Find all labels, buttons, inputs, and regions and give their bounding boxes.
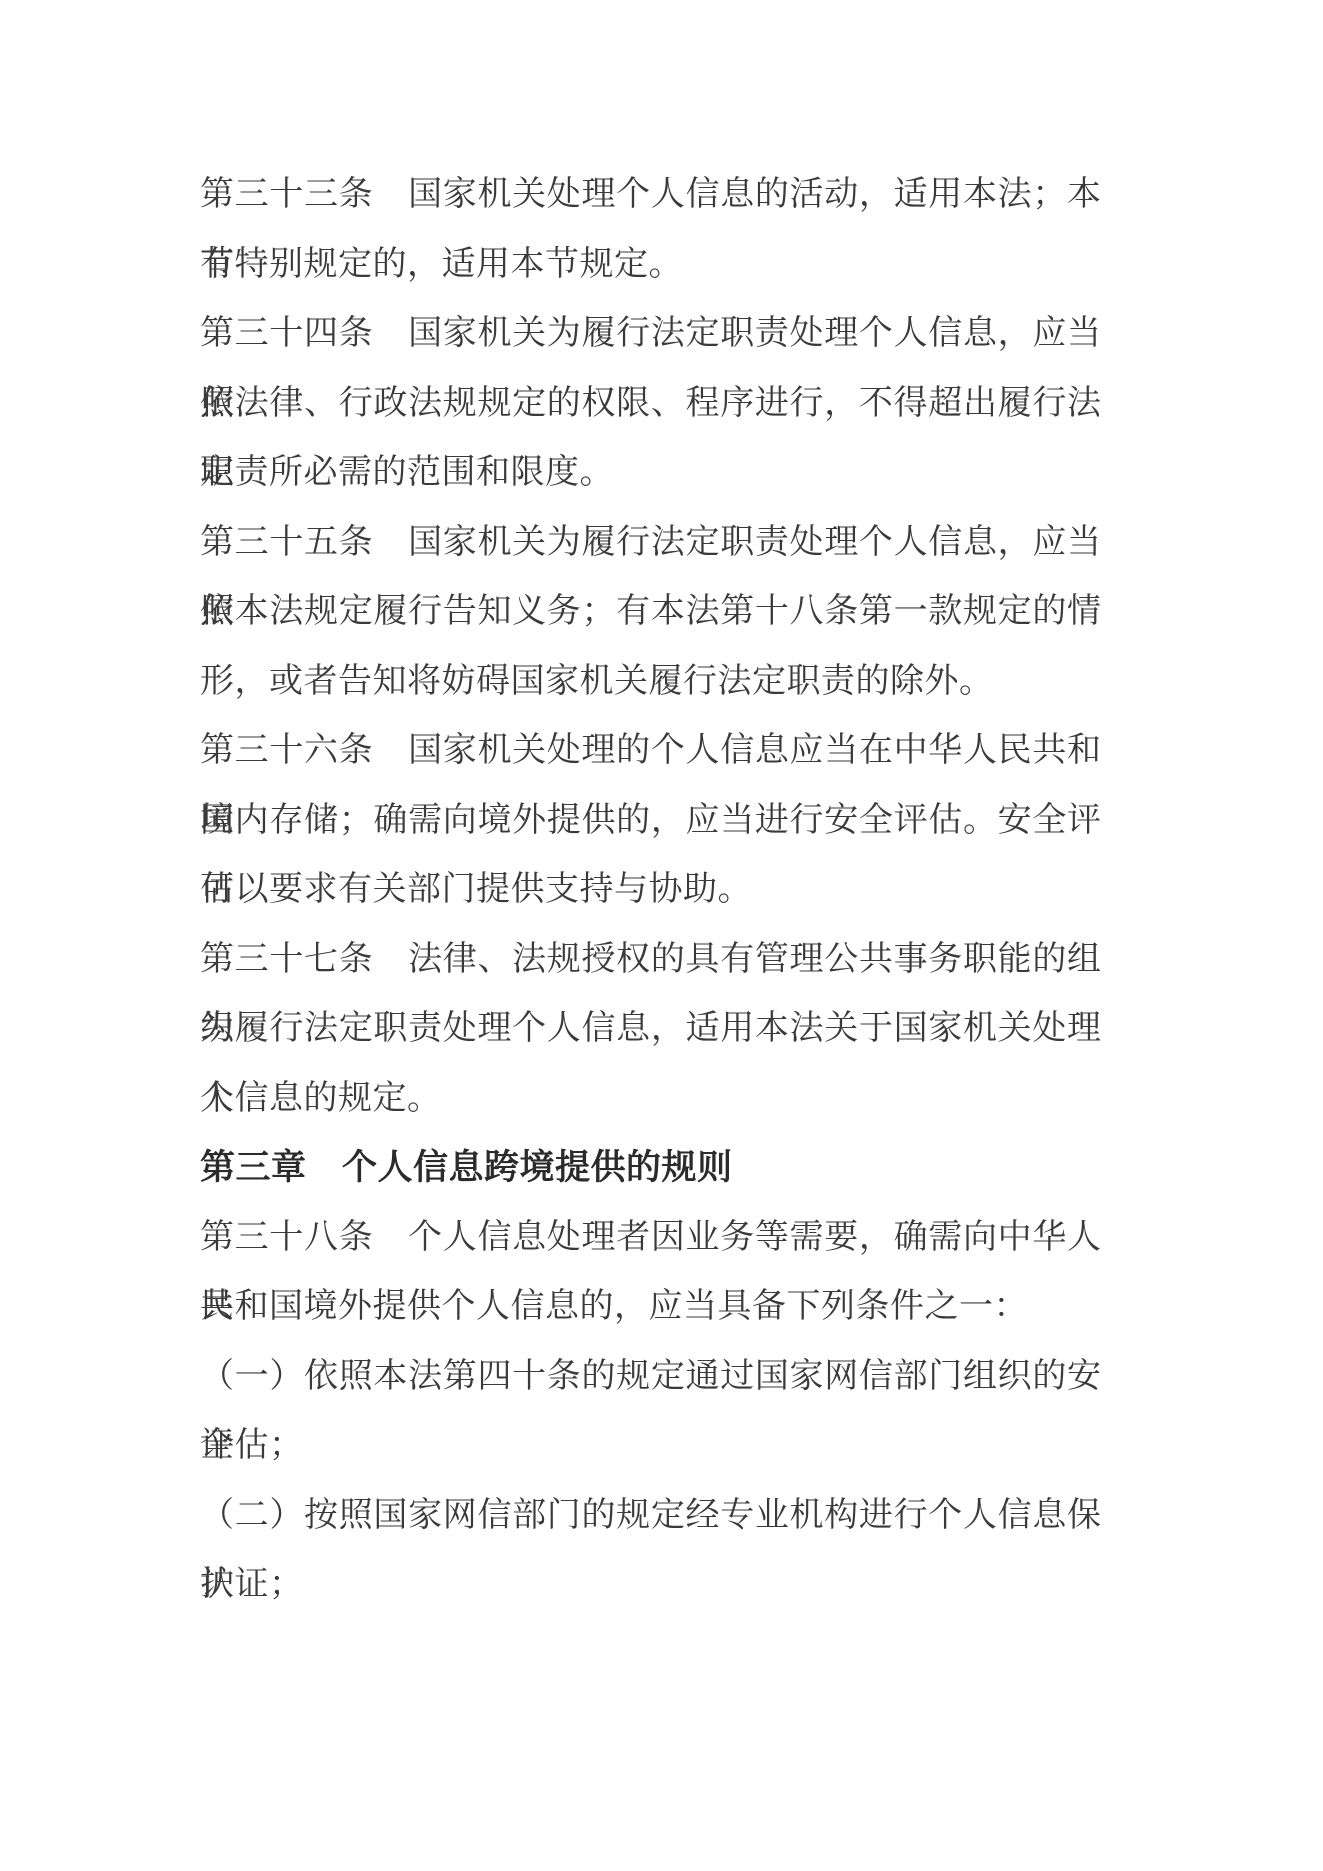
text-line: 照法律、行政法规规定的权限、程序进行，不得超出履行法定 bbox=[200, 369, 1101, 439]
text-line: 职责所必需的范围和限度。 bbox=[200, 438, 1101, 508]
text-line: 第三十八条 个人信息处理者因业务等需要，确需向中华人民 bbox=[200, 1203, 1101, 1273]
document-text-block: 第三十三条 国家机关处理个人信息的活动，适用本法；本节有特别规定的，适用本节规定… bbox=[200, 160, 1101, 1620]
text-line: 可以要求有关部门提供支持与协助。 bbox=[200, 855, 1101, 925]
text-line: 为履行法定职责处理个人信息，适用本法关于国家机关处理个 bbox=[200, 994, 1101, 1064]
text-line: （一）依照本法第四十条的规定通过国家网信部门组织的安全 bbox=[200, 1342, 1101, 1412]
chapter-heading: 第三章 个人信息跨境提供的规则 bbox=[200, 1133, 1101, 1203]
text-line: 第三十六条 国家机关处理的个人信息应当在中华人民共和国 bbox=[200, 716, 1101, 786]
text-line: 共和国境外提供个人信息的，应当具备下列条件之一： bbox=[200, 1272, 1101, 1342]
text-line: 照本法规定履行告知义务；有本法第十八条第一款规定的情 bbox=[200, 577, 1101, 647]
text-line: 境内存储；确需向境外提供的，应当进行安全评估。安全评估 bbox=[200, 786, 1101, 856]
text-line: 有特别规定的，适用本节规定。 bbox=[200, 230, 1101, 300]
text-line: 形，或者告知将妨碍国家机关履行法定职责的除外。 bbox=[200, 647, 1101, 717]
text-line: 认证； bbox=[200, 1550, 1101, 1620]
text-line: 第三十七条 法律、法规授权的具有管理公共事务职能的组织 bbox=[200, 925, 1101, 995]
document-page: 第三十三条 国家机关处理个人信息的活动，适用本法；本节有特别规定的，适用本节规定… bbox=[0, 0, 1323, 1871]
text-line: 人信息的规定。 bbox=[200, 1064, 1101, 1134]
text-line: 评估； bbox=[200, 1411, 1101, 1481]
text-line: 第三十四条 国家机关为履行法定职责处理个人信息，应当依 bbox=[200, 299, 1101, 369]
text-line: 第三十三条 国家机关处理个人信息的活动，适用本法；本节 bbox=[200, 160, 1101, 230]
text-line: （二）按照国家网信部门的规定经专业机构进行个人信息保护 bbox=[200, 1481, 1101, 1551]
text-line: 第三十五条 国家机关为履行法定职责处理个人信息，应当依 bbox=[200, 508, 1101, 578]
